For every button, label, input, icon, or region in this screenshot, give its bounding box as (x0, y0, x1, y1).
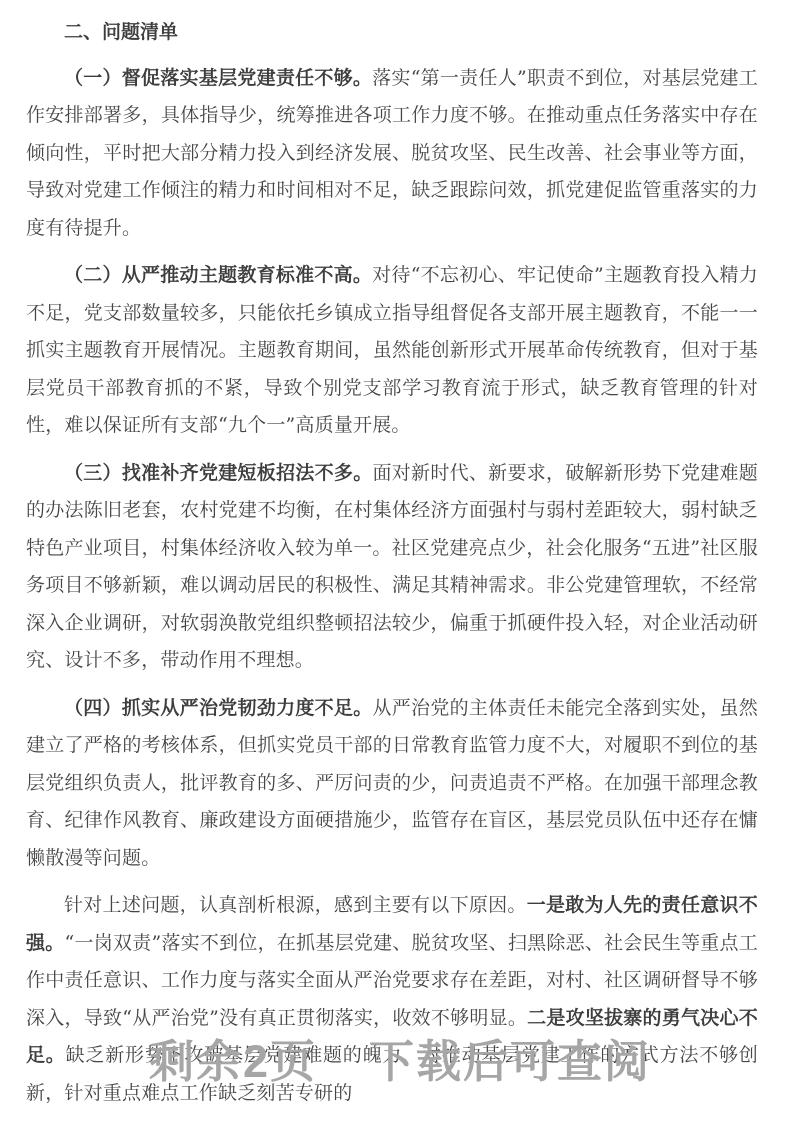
paragraph-text: 针对上述问题，认真剖析根源，感到主要有以下原因。 (64, 894, 527, 916)
paragraph-lead: （二）从严推动主题教育标准不高。 (64, 264, 372, 286)
paragraph-text: 从严治党的主体责任未能完全落到实处，虽然建立了严格的考核体系，但抓实党员干部的日… (26, 697, 758, 869)
download-hint-label: 下载后可查阅 (369, 1034, 651, 1090)
section-heading: 二、问题清单 (26, 14, 758, 52)
paragraph-text: 落实“第一责任人”职责不到位，对基层党建工作安排部署多，具体指导少，统筹推进各项… (26, 67, 758, 239)
document-body: （一）督促落实基层党建责任不够。落实“第一责任人”职责不到位，对基层党建工作安排… (26, 60, 758, 1113)
paragraph: （四）抓实从严治党韧劲力度不足。从严治党的主体责任未能完全落到实处，虽然建立了严… (26, 690, 758, 878)
document-content: 二、问题清单 （一）督促落实基层党建责任不够。落实“第一责任人”职责不到位，对基… (0, 0, 800, 1112)
paragraph-lead: （三）找准补齐党建短板招法不多。 (64, 462, 372, 484)
paywall-notice: 剩余2页 下载后可查阅 (0, 1034, 800, 1090)
paragraph-text: 对待“不忘初心、牢记使命”主题教育投入精力不足，党支部数量较多，只能依托乡镇成立… (26, 264, 758, 436)
paragraph: （三）找准补齐党建短板招法不多。面对新时代、新要求，破解新形势下党建难题的办法陈… (26, 455, 758, 680)
paragraph-lead: （四）抓实从严治党韧劲力度不足。 (64, 697, 372, 719)
paragraph: （二）从严推动主题教育标准不高。对待“不忘初心、牢记使命”主题教育投入精力不足，… (26, 257, 758, 445)
paragraph: （一）督促落实基层党建责任不够。落实“第一责任人”职责不到位，对基层党建工作安排… (26, 60, 758, 248)
document-page: 二、问题清单 （一）督促落实基层党建责任不够。落实“第一责任人”职责不到位，对基… (0, 0, 800, 1139)
paragraph-text: 面对新时代、新要求，破解新形势下党建难题的办法陈旧老套，农村党建不均衡，在村集体… (26, 462, 758, 672)
paragraph-lead: （一）督促落实基层党建责任不够。 (64, 67, 372, 89)
remaining-pages-label: 剩余2页 (149, 1034, 317, 1090)
